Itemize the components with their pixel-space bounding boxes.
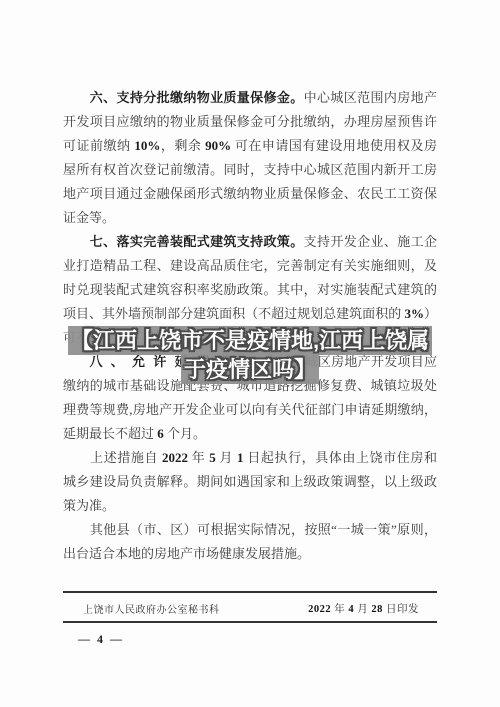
footer-issuer: 上饶市人民政府办公室秘书科 [83, 601, 220, 616]
document-line: 缴纳的城市基础设施配套费、城市道路挖掘修复费、城镇垃圾处 [63, 374, 437, 398]
document-line: 七、落实完善装配式建筑支持政策。支持开发企业、施工企 [63, 230, 437, 254]
document-line: 六、支持分批缴纳物业质量保修金。中心城区范围内房地产 [63, 86, 437, 110]
text-segment: 业打造精品工程、建设高品质住宅，完善制定有关实施细则，及 [63, 258, 437, 273]
text-segment: 上述措施自 [63, 450, 162, 465]
text-segment: 城区房地产开发项目应 [305, 354, 437, 369]
document-line: 地产项目通过金融保函形式缴纳物业质量保修金、农民工工资保 [63, 182, 437, 206]
footer-rule-top [63, 591, 437, 593]
text-segment: 月 [354, 604, 371, 615]
text-segment: 时兑现装配式建筑容积率奖励政策。其中，对实施装配式建筑的 [63, 282, 437, 297]
text-segment: 可不 [63, 330, 89, 345]
text-segment: 项目、其外墙预制部分建筑面积（不超过规划总建筑面积的 [63, 306, 401, 321]
text-segment [63, 90, 90, 105]
text-segment: 10% [134, 138, 160, 153]
text-segment: 中心城区范围内房地产 [304, 90, 437, 105]
text-segment: 屋所有权首次登记前缴清。同时，支持中心城区范围内新开工房 [63, 162, 437, 177]
text-segment [63, 234, 90, 249]
text-segment: 延期最长不超过 [63, 426, 157, 441]
text-segment: 七、落实完善装配式建筑支持政策。 [90, 234, 304, 249]
text-segment: 年 [331, 604, 348, 615]
text-segment: ） [424, 306, 437, 321]
document-line: 八、允许延期缴 城区房地产开发项目应 [63, 350, 437, 374]
text-segment: 八、允许延期缴 [90, 354, 239, 369]
document-line: 延期最长不超过 6 个月。 [63, 422, 437, 446]
text-segment: 可证前缴纳 [63, 138, 134, 153]
text-segment: 地产项目通过金融保函形式缴纳物业质量保修金、农民工工资保 [63, 186, 437, 201]
document-line: 可不 [63, 326, 437, 350]
scanned-document-page: 六、支持分批缴纳物业质量保修金。中心城区范围内房地产开发项目应缴纳的物业质量保修… [0, 0, 500, 707]
footer-row: 上饶市人民政府办公室秘书科 2022 年 4 月 28 日印发 [63, 598, 437, 618]
footer-print-date: 2022 年 4 月 28 日印发 [308, 601, 419, 616]
text-segment: 城乡建设局负责解释。期间如遇国家和上级政策调整，以上级政 [63, 474, 437, 489]
text-segment: 个月。 [164, 426, 206, 441]
document-line: 证金等。 [63, 206, 437, 230]
document-body: 六、支持分批缴纳物业质量保修金。中心城区范围内房地产开发项目应缴纳的物业质量保修… [63, 86, 437, 566]
document-line: 上述措施自 2022 年 5 月 1 日起执行，具体由上饶市住房和 [63, 446, 437, 470]
text-segment: 开发项目应缴纳的物业质量保修金可分批缴纳，办理房屋预售许 [63, 114, 437, 129]
text-segment: 日印发 [383, 604, 419, 615]
text-segment: 可在申请国有建设用地使用权及房 [231, 138, 437, 153]
text-segment [63, 354, 90, 369]
text-segment: 证金等。 [63, 210, 115, 225]
text-segment: 策为准。 [63, 498, 115, 513]
footer-rule-bottom [63, 621, 437, 623]
document-line: 出台适合本地的房地产市场健康发展措施。 [63, 542, 437, 566]
document-line: 可证前缴纳 10%，剩余 90% 可在申请国有建设用地使用权及房 [63, 134, 437, 158]
document-line: 业打造精品工程、建设高品质住宅，完善制定有关实施细则，及 [63, 254, 437, 278]
document-line: 理费等规费,房地产开发企业可以向有关代征部门申请延期缴纳， [63, 398, 437, 422]
text-segment: 月 [216, 450, 237, 465]
text-segment: 3% [401, 306, 424, 321]
document-line: 项目、其外墙预制部分建筑面积（不超过规划总建筑面积的 3%） [63, 302, 437, 326]
text-segment: 90% [205, 138, 231, 153]
text-segment: 六、支持分批缴纳物业质量保修金。 [90, 90, 304, 105]
page-number: — 4 — [78, 632, 124, 647]
text-segment: 2022 [162, 450, 188, 465]
text-segment: 其他县（市、区）可根据实际情况，按照“一城一策”原则， [63, 522, 437, 537]
document-line: 屋所有权首次登记前缴清。同时，支持中心城区范围内新开工房 [63, 158, 437, 182]
text-segment: 28 [371, 604, 383, 615]
text-segment: 年 [188, 450, 209, 465]
text-segment: ，剩余 [160, 138, 205, 153]
document-line: 时兑现装配式建筑容积率奖励政策。其中，对实施装配式建筑的 [63, 278, 437, 302]
document-line: 策为准。 [63, 494, 437, 518]
text-segment: 日起执行，具体由上饶市住房和 [243, 450, 436, 465]
text-segment: 出台适合本地的房地产市场健康发展措施。 [63, 546, 310, 561]
document-line: 开发项目应缴纳的物业质量保修金可分批缴纳，办理房屋预售许 [63, 110, 437, 134]
text-segment: 缴纳的城市基础设施配套费、城市道路挖掘修复费、城镇垃圾处 [63, 378, 437, 393]
text-segment: 理费等规费,房地产开发企业可以向有关代征部门申请延期缴纳， [63, 402, 437, 417]
document-line: 其他县（市、区）可根据实际情况，按照“一城一策”原则， [63, 518, 437, 542]
document-line: 城乡建设局负责解释。期间如遇国家和上级政策调整，以上级政 [63, 470, 437, 494]
text-segment: 支持开发企业、施工企 [304, 234, 437, 249]
text-segment [238, 354, 304, 369]
text-segment: 2022 [308, 604, 331, 615]
